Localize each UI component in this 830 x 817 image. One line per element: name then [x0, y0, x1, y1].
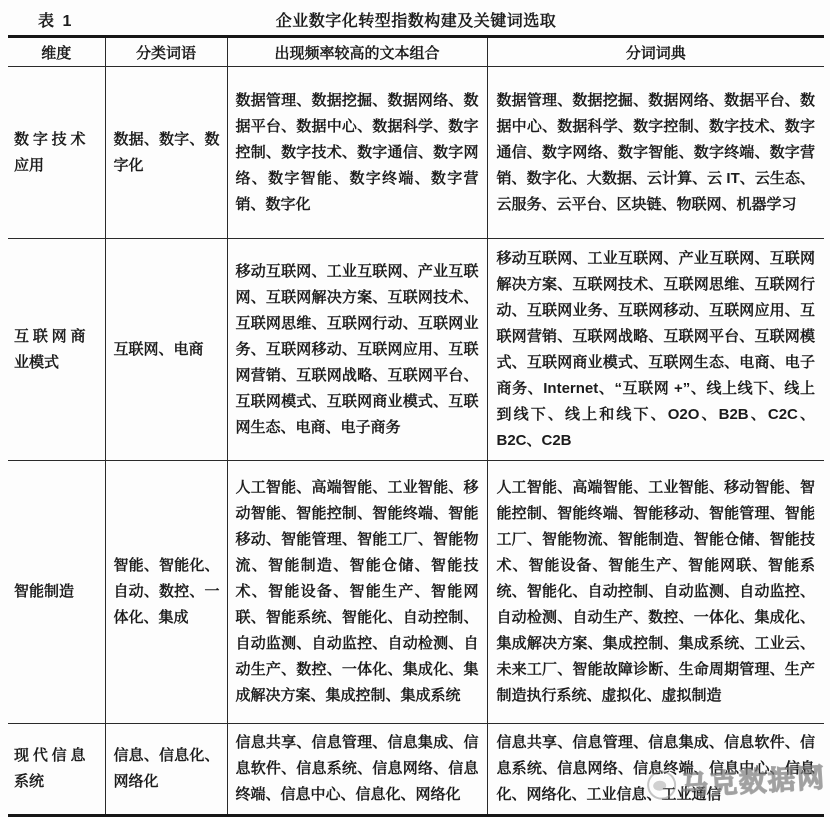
cell-dictionary: 数据管理、数据挖掘、数据网络、数据平台、数据中心、数据科学、数字控制、数字技术、… — [487, 67, 824, 239]
table-caption: 表 1 企业数字化转型指数构建及关键词选取 — [8, 6, 824, 32]
cell-frequent-terms: 移动互联网、工业互联网、产业互联网、互联网解决方案、互联网技术、互联网思维、互联… — [227, 239, 487, 461]
scanned-paper-table-page: 表 1 企业数字化转型指数构建及关键词选取 维度 分类词语 出现频率较高的文本组… — [0, 0, 830, 817]
table-number: 表 1 — [38, 8, 73, 31]
table-title: 企业数字化转型指数构建及关键词选取 — [8, 6, 824, 31]
header-row: 维度 分类词语 出现频率较高的文本组合 分词词典 — [8, 37, 824, 67]
cell-categories: 互联网、电商 — [105, 239, 227, 461]
cell-dimension: 互联网商业模式 — [8, 239, 105, 461]
keyword-selection-table: 维度 分类词语 出现频率较高的文本组合 分词词典 数字技术应用 数据、数字、数字… — [8, 35, 824, 817]
cell-dictionary: 人工智能、高端智能、工业智能、移动智能、智能控制、智能终端、智能移动、智能管理、… — [487, 461, 824, 724]
cell-categories: 智能、智能化、自动、数控、一体化、集成 — [105, 461, 227, 724]
table-row-internet-business: 互联网商业模式 互联网、电商 移动互联网、工业互联网、产业互联网、互联网解决方案… — [8, 239, 824, 461]
cell-frequent-terms: 信息共享、信息管理、信息集成、信息软件、信息系统、信息网络、信息终端、信息中心、… — [227, 724, 487, 816]
cell-categories: 数据、数字、数字化 — [105, 67, 227, 239]
col-header-dimension: 维度 — [8, 37, 105, 67]
col-header-categories: 分类词语 — [105, 37, 227, 67]
cell-categories: 信息、信息化、网络化 — [105, 724, 227, 816]
table-row-intelligent-manufacturing: 智能制造 智能、智能化、自动、数控、一体化、集成 人工智能、高端智能、工业智能、… — [8, 461, 824, 724]
cell-dictionary: 信息共享、信息管理、信息集成、信息软件、信息系统、信息网络、信息终端、信息中心、… — [487, 724, 824, 816]
table-row-modern-information-system: 现代信息系统 信息、信息化、网络化 信息共享、信息管理、信息集成、信息软件、信息… — [8, 724, 824, 816]
cell-dimension: 数字技术应用 — [8, 67, 105, 239]
cell-dimension: 智能制造 — [8, 461, 105, 724]
table-row-digital-technology: 数字技术应用 数据、数字、数字化 数据管理、数据挖掘、数据网络、数据平台、数据中… — [8, 67, 824, 239]
col-header-dictionary: 分词词典 — [487, 37, 824, 67]
cell-dimension: 现代信息系统 — [8, 724, 105, 816]
cell-frequent-terms: 人工智能、高端智能、工业智能、移动智能、智能控制、智能终端、智能移动、智能管理、… — [227, 461, 487, 724]
cell-frequent-terms: 数据管理、数据挖掘、数据网络、数据平台、数据中心、数据科学、数字控制、数字技术、… — [227, 67, 487, 239]
cell-dictionary: 移动互联网、工业互联网、产业互联网、互联网解决方案、互联网技术、互联网思维、互联… — [487, 239, 824, 461]
col-header-frequent-terms: 出现频率较高的文本组合 — [227, 37, 487, 67]
